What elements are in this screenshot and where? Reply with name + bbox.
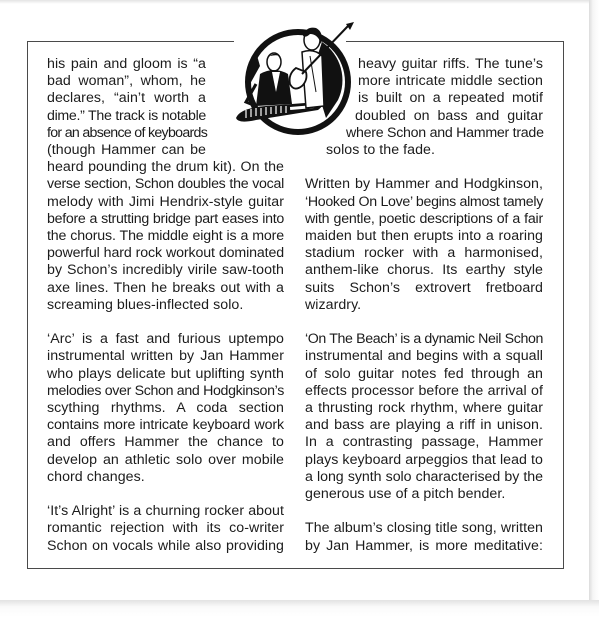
text-line: of solo guitar notes fed through an — [305, 366, 543, 383]
text-line: (though Hammer can be — [47, 142, 206, 159]
text-line: dime.” The track is notable — [47, 108, 206, 125]
text-line: a long synth solo characterised by the — [305, 469, 543, 486]
paragraph-gap — [305, 503, 543, 520]
text-line: ‘Hooked On Love’ begins almost tamely — [305, 194, 543, 211]
text-line: generous use of a pitch bender. — [305, 486, 543, 503]
text-line: plays keyboard arpeggios that lead to — [305, 452, 543, 469]
text-line: develop an athletic solo over mobile — [47, 452, 284, 469]
text-line: with gentle, poetic descriptions of a fa… — [305, 211, 543, 228]
text-line: In a contrasting passage, Hammer — [305, 434, 543, 451]
text-line: screaming blues-inflected solo. — [47, 297, 284, 314]
text-line: instrumental and begins with a squall — [305, 348, 543, 365]
text-line: more intricate middle section — [358, 73, 543, 90]
text-line: melody with Jimi Hendrix-style guitar — [47, 194, 284, 211]
text-line: bad woman”, whom, he — [47, 73, 206, 90]
text-line: scything rhythms. A coda section — [47, 400, 284, 417]
text-line: romantic rejection with its co-writer — [47, 520, 284, 537]
text-line: doubled on bass and guitar — [355, 108, 543, 125]
paragraph-gap — [47, 486, 284, 503]
text-line: heard pounding the drum kit). On the — [47, 159, 284, 176]
text-line: and offers Hammer the chance to — [47, 434, 284, 451]
text-line: his pain and gloom is “a — [47, 56, 206, 73]
paragraph: ‘Arc’ is a fast and furious uptempoinstr… — [47, 331, 284, 486]
paragraph: The album’s closing title song, writtenb… — [305, 520, 543, 554]
text-line: a thrusting rock rhythm, where guitar — [305, 400, 543, 417]
text-line: ‘On The Beach’ is a dynamic Neil Schon — [305, 331, 543, 348]
page-top-shadow — [0, 0, 599, 4]
text-line: and bass are playing a riff in unison. — [305, 417, 543, 434]
text-line: by Schon’s incredibly virile saw-tooth — [47, 262, 284, 279]
text-line: wizardry. — [305, 297, 543, 314]
text-line: instrumental written by Jan Hammer — [47, 348, 284, 365]
text-line: suits Schon’s extrovert fretboard — [305, 280, 543, 297]
paragraph-gap — [305, 314, 543, 331]
page-edge-right — [589, 0, 599, 604]
page-edge-bottom — [0, 600, 599, 617]
keyboardist-and-guitarist-emblem-icon — [226, 22, 366, 142]
text-line: by Jan Hammer, is more meditative: — [305, 538, 543, 555]
text-line: before a strutting bridge part eases int… — [47, 211, 284, 228]
text-line: who plays delicate but uplifting synth — [47, 366, 284, 383]
text-line: Schon on vocals while also providing — [47, 538, 284, 555]
text-line: declares, “ain’t worth a — [47, 90, 206, 107]
text-line: where Schon and Hammer trade — [346, 125, 543, 142]
text-line: powerful hard rock workout dominated — [47, 245, 284, 262]
text-line: ‘Arc’ is a fast and furious uptempo — [47, 331, 284, 348]
text-line: ‘It’s Alright’ is a churning rocker abou… — [47, 503, 284, 520]
text-line: the chorus. The middle eight is a more — [47, 228, 284, 245]
paragraph-gap — [305, 159, 543, 176]
text-line: melodies over Schon and Hodgkinson’s — [47, 383, 284, 400]
text-line: solos to the fade. — [326, 142, 543, 159]
text-line: chord changes. — [47, 469, 284, 486]
text-line: Written by Hammer and Hodgkinson, — [305, 176, 543, 193]
text-line: heavy guitar riffs. The tune’s — [358, 56, 543, 73]
text-line: maiden but then erupts into a roaring — [305, 228, 543, 245]
text-line: for an absence of keyboards — [47, 125, 206, 142]
text-line: effects processor before the arrival of — [305, 383, 543, 400]
paragraph: ‘On The Beach’ is a dynamic Neil Schonin… — [305, 331, 543, 503]
text-line: contains more intricate keyboard work — [47, 417, 284, 434]
paragraph-gap — [47, 314, 284, 331]
text-line: is built on a repeated motif — [358, 90, 543, 107]
text-line: The album’s closing title song, written — [305, 520, 543, 537]
text-line: axe lines. Then he breaks out with a — [47, 280, 284, 297]
text-line: stadium rocker with a harmonised, — [305, 245, 543, 262]
text-line: verse section, Schon doubles the vocal — [47, 176, 284, 193]
paragraph: Written by Hammer and Hodgkinson,‘Hooked… — [305, 176, 543, 314]
paragraph: ‘It’s Alright’ is a churning rocker abou… — [47, 503, 284, 555]
text-line: anthem-like chorus. Its earthy style — [305, 262, 543, 279]
